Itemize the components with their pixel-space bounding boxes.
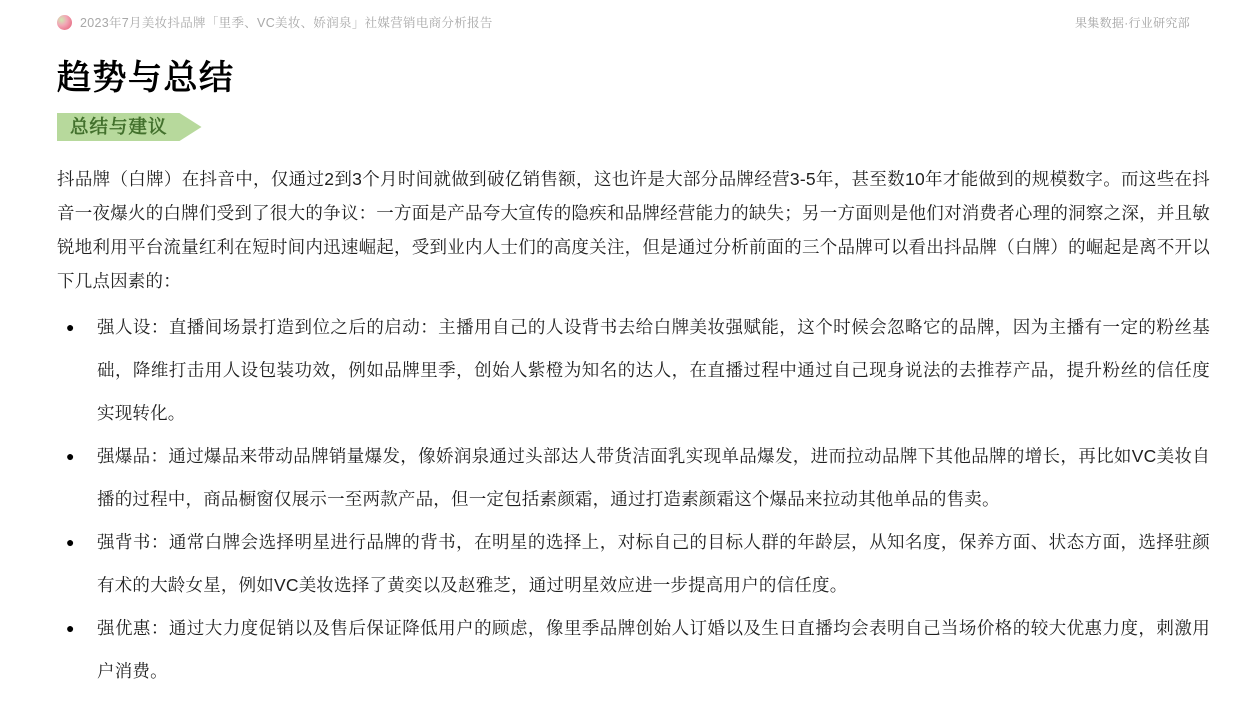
summary-paragraph: 抖品牌（白牌）在抖音中，仅通过2到3个月时间就做到破亿销售额，这也许是大部分品牌…	[57, 162, 1210, 298]
factor-list: ● 强人设：直播间场景打造到位之后的启动：主播用自己的人设背书去给白牌美妆强赋能…	[57, 306, 1210, 693]
list-item: ● 强爆品：通过爆品来带动品牌销量爆发，像娇润泉通过头部达人带货洁面乳实现单品爆…	[57, 435, 1210, 521]
report-page: 2023年7月美妆抖品牌「里季、VC美妆、娇润泉」社媒营销电商分析报告 果集数据…	[0, 0, 1250, 703]
bullet-icon: ●	[66, 521, 75, 564]
bullet-icon: ●	[66, 607, 75, 650]
list-item-text: 强人设：直播间场景打造到位之后的启动：主播用自己的人设背书去给白牌美妆强赋能，这…	[97, 317, 1210, 423]
brand-logo-icon	[57, 15, 72, 30]
report-title: 2023年7月美妆抖品牌「里季、VC美妆、娇润泉」社媒营销电商分析报告	[80, 13, 493, 31]
list-item-text: 强爆品：通过爆品来带动品牌销量爆发，像娇润泉通过头部达人带货洁面乳实现单品爆发，…	[97, 446, 1210, 509]
list-item: ● 强背书：通常白牌会选择明星进行品牌的背书，在明星的选择上，对标自己的目标人群…	[57, 521, 1210, 607]
page-title: 趋势与总结	[57, 58, 1250, 98]
list-item: ● 强人设：直播间场景打造到位之后的启动：主播用自己的人设背书去给白牌美妆强赋能…	[57, 306, 1210, 435]
org-label: 果集数据·行业研究部	[1075, 14, 1190, 31]
bullet-icon: ●	[66, 435, 75, 478]
header-left: 2023年7月美妆抖品牌「里季、VC美妆、娇润泉」社媒营销电商分析报告	[57, 13, 493, 31]
section-badge: 总结与建议	[57, 113, 202, 141]
list-item-text: 强优惠：通过大力度促销以及售后保证降低用户的顾虑，像里季品牌创始人订婚以及生日直…	[97, 618, 1210, 681]
bullet-icon: ●	[66, 306, 75, 349]
list-item-text: 强背书：通常白牌会选择明星进行品牌的背书，在明星的选择上，对标自己的目标人群的年…	[97, 532, 1210, 595]
page-header: 2023年7月美妆抖品牌「里季、VC美妆、娇润泉」社媒营销电商分析报告 果集数据…	[0, 0, 1250, 31]
list-item: ● 强优惠：通过大力度促销以及售后保证降低用户的顾虑，像里季品牌创始人订婚以及生…	[57, 607, 1210, 693]
